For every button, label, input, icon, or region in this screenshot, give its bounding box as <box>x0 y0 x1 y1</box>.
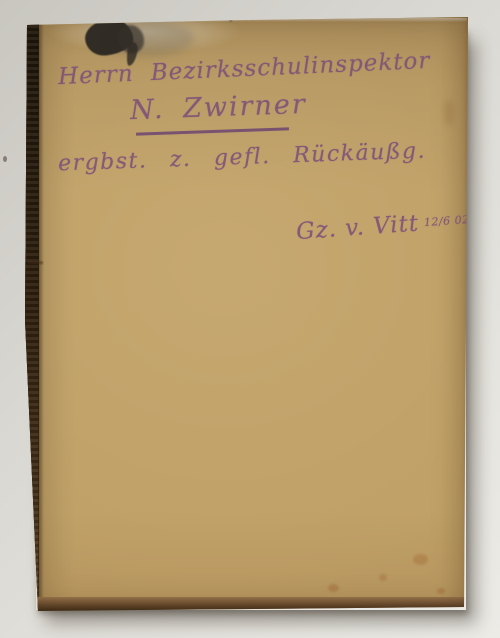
signature-flourish-dash <box>475 211 500 219</box>
booklet-cover: Herrn Bezirksschulinspektor N. Zwirner e… <box>0 0 500 638</box>
top-edge-nick-mark <box>227 6 239 22</box>
photo-background: Herrn Bezirksschulinspektor N. Zwirner e… <box>0 0 500 638</box>
foxing-stain <box>444 100 454 126</box>
handwritten-addressee-name: N. Zwirner <box>130 89 308 126</box>
foxing-stain <box>379 574 387 581</box>
background-speck <box>3 156 7 162</box>
foxing-stain <box>413 554 428 565</box>
foxing-stain <box>328 584 339 592</box>
foxing-stain <box>437 588 445 594</box>
signature-date: 12/6 02 <box>424 213 470 229</box>
